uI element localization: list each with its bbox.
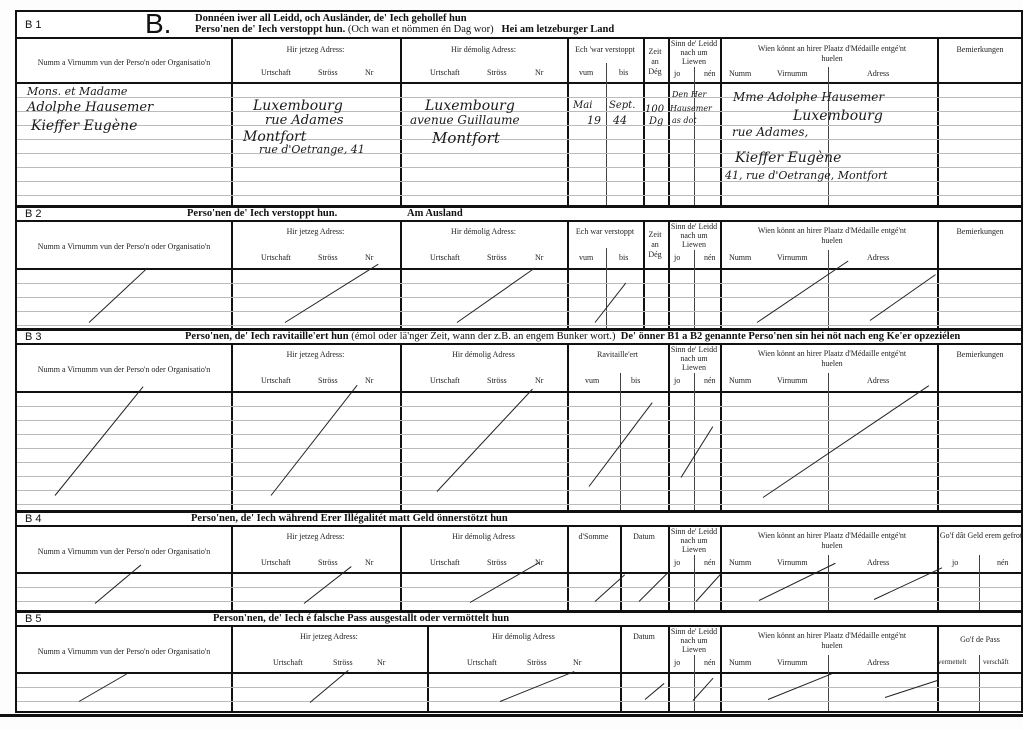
header-current-address: Hir jetzeg Adress: bbox=[231, 350, 400, 359]
header-to: bis bbox=[619, 68, 628, 77]
entry-name-line: Adolphe Hausemer bbox=[27, 100, 153, 115]
header-money-back: Go'f dât Geld erem gefrot bbox=[939, 531, 1023, 541]
header-days: Zeit an Dég bbox=[644, 47, 666, 77]
header-locality: Urtschaft bbox=[467, 658, 497, 667]
ruled-entry-area bbox=[17, 393, 1021, 510]
header-alive: Sinn de' Leidd nach um Liewen bbox=[669, 222, 719, 249]
header-to: bis bbox=[631, 376, 640, 385]
header-alive: Sinn de' Leidd nach um Liewen bbox=[669, 39, 719, 66]
header-no: nén bbox=[704, 658, 716, 667]
header-surname: Virnumm bbox=[777, 558, 808, 567]
header-address: Adress bbox=[867, 69, 889, 78]
section-b5: B 5 Person'nen, de' Iech é falsche Pass … bbox=[15, 611, 1023, 713]
header-first-name: Numm bbox=[729, 376, 751, 385]
header-street: Ströss bbox=[318, 68, 338, 77]
header-street: Ströss bbox=[318, 253, 338, 262]
header-first-name: Numm bbox=[729, 253, 751, 262]
header-mediated: vermettelt bbox=[938, 658, 966, 666]
form-page: B 1 B. Donnéen iwer all Leidd, och Auslä… bbox=[0, 0, 1023, 730]
header-former-address: Hir démolig Adress bbox=[400, 350, 567, 359]
header-first-name: Numm bbox=[729, 558, 751, 567]
section-b5-title-bar: B 5 Person'nen, de' Iech é falsche Pass … bbox=[17, 613, 1021, 627]
header-yes: jo bbox=[674, 69, 680, 78]
header-from: vum bbox=[585, 376, 599, 385]
section-id: B 4 bbox=[25, 513, 42, 525]
header-first-name: Numm bbox=[729, 658, 751, 667]
entry-to-year: 44 bbox=[613, 114, 627, 127]
section-id: B 1 bbox=[25, 19, 42, 31]
header-number: Nr bbox=[573, 658, 581, 667]
header-surname: Virnumm bbox=[777, 253, 808, 262]
section-b2-title-bar: B 2 Perso'nen de' Iech verstoppt hun. Am… bbox=[17, 208, 1021, 222]
entry-from-year: 19 bbox=[587, 114, 601, 127]
section-b4-title-bar: B 4 Perso'nen, de' Iech während Erer Ill… bbox=[17, 513, 1021, 527]
header-money-no: nén bbox=[997, 558, 1009, 567]
entry-current-address-line: rue d'Oetrange, 41 bbox=[259, 143, 365, 156]
section-title-note: (émol oder lä'nger Zeit, wann der z.B. a… bbox=[351, 331, 615, 342]
entry-name-line: Kieffer Eugène bbox=[31, 118, 137, 134]
header-former-address: Hir démolig Adress bbox=[427, 632, 620, 641]
header-number: Nr bbox=[535, 68, 543, 77]
header-name: Numm a Virnumm vun der Perso'n oder Orga… bbox=[17, 58, 231, 67]
header-medal: Wien könnt an hirer Plaatz d'Médaille en… bbox=[752, 44, 912, 64]
big-letter-b: B. bbox=[145, 8, 171, 40]
header-yes: jo bbox=[674, 376, 680, 385]
section-b3: B 3 Perso'nen, de' Iech ravitaille'ert h… bbox=[15, 329, 1023, 512]
header-number: Nr bbox=[365, 68, 373, 77]
header-current-address: Hir jetzeg Adress: bbox=[231, 532, 400, 541]
header-number: Nr bbox=[535, 376, 543, 385]
header-street: Ströss bbox=[487, 376, 507, 385]
section-b3-title-bar: B 3 Perso'nen, de' Iech ravitaille'ert h… bbox=[17, 331, 1021, 345]
entry-days-unit: Dg bbox=[649, 116, 663, 127]
header-first-name: Numm bbox=[729, 69, 751, 78]
section-region: Am Ausland bbox=[407, 208, 463, 219]
section-title: Perso'nen de' Iech verstoppt hun. bbox=[187, 208, 337, 219]
header-former-address: Hir démolig Adress bbox=[400, 532, 567, 541]
header-name: Numm a Virnumm vun der Perso'n oder Orga… bbox=[17, 365, 231, 374]
header-days: Zeit an Dég bbox=[644, 230, 666, 260]
header-street: Ströss bbox=[333, 658, 353, 667]
section-b1: B 1 B. Donnéen iwer all Leidd, och Auslä… bbox=[15, 10, 1023, 207]
header-no: nén bbox=[704, 253, 716, 262]
header-locality: Urtschaft bbox=[430, 253, 460, 262]
header-no: nén bbox=[704, 558, 716, 567]
header-street: Ströss bbox=[318, 558, 338, 567]
section-region: Hei am letzeburger Land bbox=[502, 24, 615, 35]
header-number: Nr bbox=[365, 558, 373, 567]
entry-medal-line: Kieffer Eugène bbox=[735, 150, 841, 166]
header-address: Adress bbox=[867, 253, 889, 262]
header-hidden: Ech 'war verstoppt bbox=[567, 45, 643, 54]
entry-medal-line: 41, rue d'Oetrange, Montfort bbox=[725, 169, 888, 182]
header-alive: Sinn de' Leidd nach um Liewen bbox=[669, 627, 719, 654]
header-street: Ströss bbox=[318, 376, 338, 385]
section-b4: B 4 Perso'nen, de' Iech während Erer Ill… bbox=[15, 511, 1023, 612]
header-alive: Sinn de' Leidd nach um Liewen bbox=[669, 345, 719, 372]
header-street: Ströss bbox=[487, 253, 507, 262]
header-locality: Urtschaft bbox=[430, 558, 460, 567]
entry-alive: Den Her bbox=[672, 90, 706, 99]
header-yes: jo bbox=[674, 558, 680, 567]
header-surname: Virnumm bbox=[777, 376, 808, 385]
header-street: Ströss bbox=[527, 658, 547, 667]
header-medal: Wien könnt an hirer Plaatz d'Médaille en… bbox=[752, 349, 912, 369]
header-date: Datum bbox=[620, 632, 668, 641]
section-b2: B 2 Perso'nen de' Iech verstoppt hun. Am… bbox=[15, 206, 1023, 330]
header-former-address: Hir démolig Adress: bbox=[400, 45, 567, 54]
header-hidden: Ech war verstoppt bbox=[567, 227, 643, 236]
header-from: vum bbox=[579, 68, 593, 77]
header-locality: Urtschaft bbox=[261, 558, 291, 567]
section-b1-title-bar: B 1 B. Donnéen iwer all Leidd, och Auslä… bbox=[17, 12, 1021, 39]
entry-to: Sept. bbox=[609, 100, 635, 111]
header-number: Nr bbox=[535, 253, 543, 262]
ruled-entry-area bbox=[17, 574, 1021, 610]
entry-current-address-line: Luxembourg bbox=[253, 98, 343, 114]
header-medal: Wien könnt an hirer Plaatz d'Médaille en… bbox=[752, 531, 912, 551]
header-surname: Virnumm bbox=[777, 658, 808, 667]
page-bottom-rule bbox=[0, 714, 1023, 717]
header-number: Nr bbox=[365, 376, 373, 385]
header-name: Numm a Virnumm vun der Perso'n oder Orga… bbox=[17, 647, 231, 656]
header-from: vum bbox=[579, 253, 593, 262]
entry-days: 100 bbox=[645, 104, 664, 115]
header-medal: Wien könnt an hirer Plaatz d'Médaille en… bbox=[752, 226, 912, 246]
header-remarks: Bemierkungen bbox=[937, 350, 1023, 359]
header-number: Nr bbox=[365, 253, 373, 262]
entry-alive: Hausemer bbox=[670, 104, 712, 113]
header-address: Adress bbox=[867, 376, 889, 385]
entry-medal-line: Luxembourg bbox=[793, 108, 883, 124]
header-yes: jo bbox=[674, 253, 680, 262]
header-sum: d'Somme bbox=[567, 532, 620, 541]
section-title-text: Perso'nen, de' Iech ravitaille'ert hun bbox=[185, 331, 349, 342]
section-title-note: (Och wan et nömmen én Dag wor) bbox=[348, 24, 494, 35]
header-current-address: Hir jetzeg Adress: bbox=[231, 45, 400, 54]
section-id: B 5 bbox=[25, 613, 42, 625]
header-street: Ströss bbox=[487, 558, 507, 567]
section-title-line1: Donnéen iwer all Leidd, och Ausländer, d… bbox=[195, 13, 467, 24]
header-surname: Virnumm bbox=[777, 69, 808, 78]
header-remarks: Bemierkungen bbox=[937, 45, 1023, 54]
entry-medal-line: Mme Adolphe Hausemer bbox=[733, 90, 884, 104]
header-money-yes: jo bbox=[952, 558, 958, 567]
header-current-address: Hir jetzeg Adress: bbox=[231, 632, 427, 641]
header-former-address: Hir démolig Adress: bbox=[400, 227, 567, 236]
section-title-line2-text: Perso'nen de' Iech verstoppt hun. bbox=[195, 24, 345, 35]
header-address: Adress bbox=[867, 658, 889, 667]
header-name: Numm a Virnumm vun der Perso'n oder Orga… bbox=[17, 547, 231, 556]
header-passport: Go'f de Pass bbox=[937, 635, 1023, 644]
entry-former-address-line: Luxembourg bbox=[425, 98, 515, 114]
section-title: Perso'nen, de' Iech ravitaille'ert hun (… bbox=[185, 331, 960, 342]
header-supplied: Ravitaille'ert bbox=[567, 350, 668, 359]
header-number: Nr bbox=[377, 658, 385, 667]
section-title-extra: De' önner B1 a B2 genannte Perso'nen sin… bbox=[621, 331, 960, 342]
header-name: Numm a Virnumm vun der Perso'n oder Orga… bbox=[17, 242, 231, 251]
section-title-line2: Perso'nen de' Iech verstoppt hun. (Och w… bbox=[195, 24, 614, 35]
header-to: bis bbox=[619, 253, 628, 262]
header-remarks: Bemierkungen bbox=[937, 227, 1023, 236]
header-alive: Sinn de' Leidd nach um Liewen bbox=[669, 527, 719, 554]
header-procured: verschâft bbox=[983, 658, 1009, 666]
header-no: nén bbox=[704, 376, 716, 385]
entry-alive: as dot bbox=[672, 116, 697, 125]
section-id: B 3 bbox=[25, 331, 42, 343]
entry-former-address-line: Montfort bbox=[432, 129, 500, 147]
header-locality: Urtschaft bbox=[261, 376, 291, 385]
header-no: nén bbox=[704, 69, 716, 78]
header-locality: Urtschaft bbox=[273, 658, 303, 667]
header-locality: Urtschaft bbox=[261, 68, 291, 77]
header-locality: Urtschaft bbox=[430, 68, 460, 77]
header-medal: Wien könnt an hirer Plaatz d'Médaille en… bbox=[752, 631, 912, 651]
entry-current-address-line: rue Adames bbox=[265, 113, 344, 128]
header-date: Datum bbox=[620, 532, 668, 541]
section-title: Perso'nen, de' Iech während Erer Illégal… bbox=[191, 513, 508, 524]
section-title: Person'nen, de' Iech é falsche Pass ausg… bbox=[213, 613, 509, 624]
entry-from: Mai bbox=[573, 100, 592, 111]
entry-name-line: Mons. et Madame bbox=[27, 85, 127, 98]
header-locality: Urtschaft bbox=[261, 253, 291, 262]
entry-medal-line: rue Adames, bbox=[732, 125, 808, 139]
header-yes: jo bbox=[674, 658, 680, 667]
header-address: Adress bbox=[867, 558, 889, 567]
entry-former-address-line: avenue Guillaume bbox=[410, 113, 520, 127]
header-current-address: Hir jetzeg Adress: bbox=[231, 227, 400, 236]
header-street: Ströss bbox=[487, 68, 507, 77]
header-locality: Urtschaft bbox=[430, 376, 460, 385]
section-id: B 2 bbox=[25, 208, 42, 220]
